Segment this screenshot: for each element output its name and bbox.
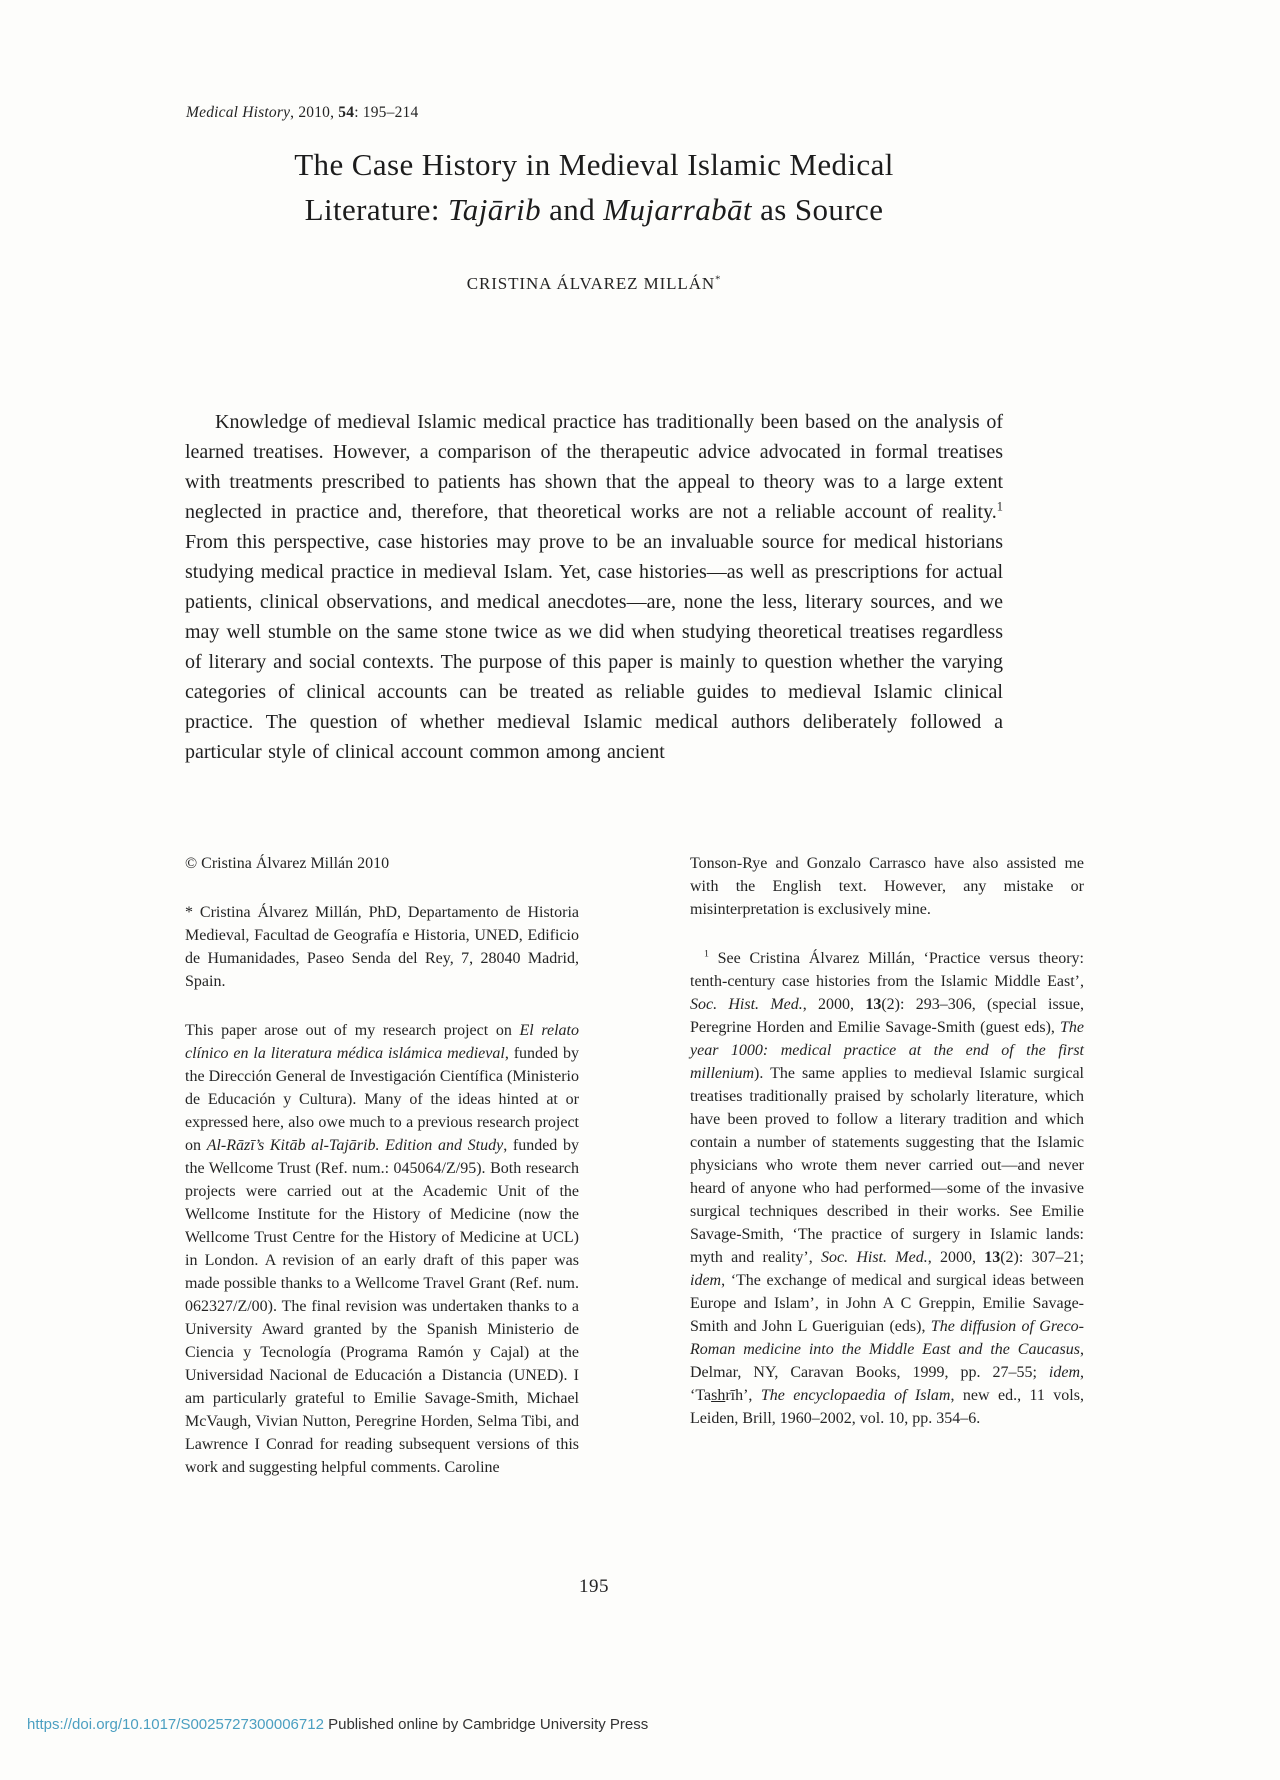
copyright-line: © Cristina Álvarez Millán 2010 (185, 852, 579, 875)
journal-article-page: Medical History, 2010, 54: 195–214 The C… (0, 0, 1280, 1780)
page-number: 195 (185, 1576, 1003, 1598)
footnote-1: 1 See Cristina Álvarez Millán, ‘Practice… (690, 947, 1084, 1430)
article-title-line1: The Case History in Medieval Islamic Med… (185, 142, 1003, 187)
footnote-column-right: Tonson-Rye and Gonzalo Carrasco have als… (690, 852, 1084, 1430)
author-affiliation-note: * Cristina Álvarez Millán, PhD, Departam… (185, 901, 579, 993)
doi-link[interactable]: https://doi.org/10.1017/S002572730000671… (27, 1716, 324, 1733)
doi-footer: https://doi.org/10.1017/S002572730000671… (27, 1716, 648, 1733)
journal-citation-header: Medical History, 2010, 54: 195–214 (186, 104, 418, 122)
article-title-line2: Literature: Tajārib and Mujarrabāt as So… (185, 187, 1003, 232)
acknowledgements-continuation: Tonson-Rye and Gonzalo Carrasco have als… (690, 852, 1084, 921)
article-title: The Case History in Medieval Islamic Med… (185, 142, 1003, 232)
acknowledgements-note: This paper arose out of my research proj… (185, 1019, 579, 1479)
author-name: CRISTINA ÁLVAREZ MILLÁN* (185, 274, 1003, 294)
lead-paragraph: Knowledge of medieval Islamic medical pr… (185, 407, 1003, 767)
published-online-note: Published online by Cambridge University… (324, 1716, 648, 1733)
footnote-column-left: © Cristina Álvarez Millán 2010 * Cristin… (185, 852, 579, 1479)
